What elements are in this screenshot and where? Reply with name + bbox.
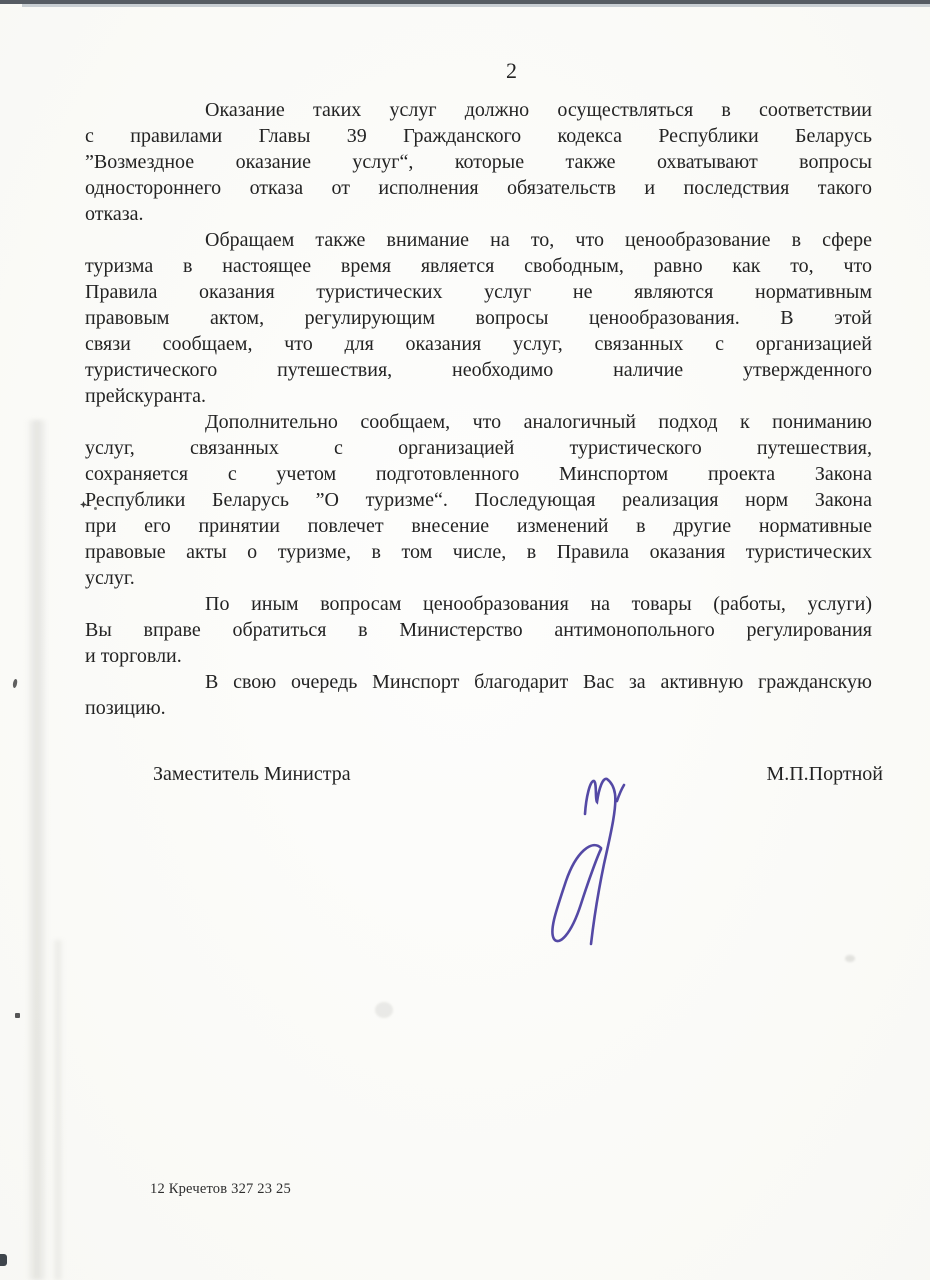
scan-corner-mark: [0, 1254, 7, 1266]
text-line: при его принятии повлечет внесение измен…: [85, 513, 872, 539]
text-line: Правила оказания туристических услуг не …: [85, 279, 872, 305]
text-line: отказа.: [85, 201, 872, 227]
text-line: В свою очередь Минспорт благодарит Вас з…: [85, 669, 872, 695]
text-line: ”Возмездное оказание услуг“, которые так…: [85, 149, 872, 175]
ink-speck: [15, 1013, 20, 1018]
scan-shadow-secondary: [52, 940, 64, 1280]
text-line: туризма в настоящее время является свобо…: [85, 253, 872, 279]
signer-name: М.П.Портной: [766, 763, 883, 786]
ink-speck: [12, 679, 18, 689]
letter-body: Оказание таких услуг должно осуществлять…: [85, 97, 872, 721]
signer-position-title: Заместитель Министра: [153, 763, 351, 786]
paper-smudge: [375, 1002, 393, 1018]
text-line: прейскуранта.: [85, 383, 872, 409]
text-line: услуг, связанных с организацией туристич…: [85, 435, 872, 461]
paper-smudge: [845, 955, 855, 962]
text-line: и торговли.: [85, 643, 872, 669]
text-line: услуг.: [85, 565, 872, 591]
handwritten-signature-ink: [515, 752, 655, 962]
text-line: позицию.: [85, 695, 872, 721]
text-line: Оказание таких услуг должно осуществлять…: [85, 97, 872, 123]
text-line: с правилами Главы 39 Гражданского кодекс…: [85, 123, 872, 149]
text-line: сохраняется с учетом подготовленного Мин…: [85, 461, 872, 487]
scan-shadow: [26, 420, 48, 1280]
signature-stroke-tick: [617, 785, 624, 801]
text-line: По иным вопросам ценообразования на това…: [85, 591, 872, 617]
text-line: правовым актом, регулирующим вопросы цен…: [85, 305, 872, 331]
text-line: Дополнительно сообщаем, что аналогичный …: [85, 409, 872, 435]
text-line: туристического путешествия, необходимо н…: [85, 357, 872, 383]
page-number: 2: [506, 58, 517, 84]
text-line: правовые акты о туризме, в том числе, в …: [85, 539, 872, 565]
ink-speck: [94, 507, 97, 510]
text-line: Республики Беларусь ”О туризме“. Последу…: [85, 487, 872, 513]
footer-reference: 12 Кречетов 327 23 25: [150, 1181, 291, 1198]
text-line: Вы вправе обратиться в Министерство анти…: [85, 617, 872, 643]
scan-edge-artifact-light: [22, 4, 930, 7]
text-line: одностороннего отказа от исполнения обяз…: [85, 175, 872, 201]
text-line: Обращаем также внимание на то, что ценоо…: [85, 227, 872, 253]
signature-stroke-main: [585, 779, 615, 944]
text-line: связи сообщаем, что для оказания услуг, …: [85, 331, 872, 357]
scanned-letter-page: 2 Оказание таких услуг должно осуществля…: [0, 0, 930, 1280]
